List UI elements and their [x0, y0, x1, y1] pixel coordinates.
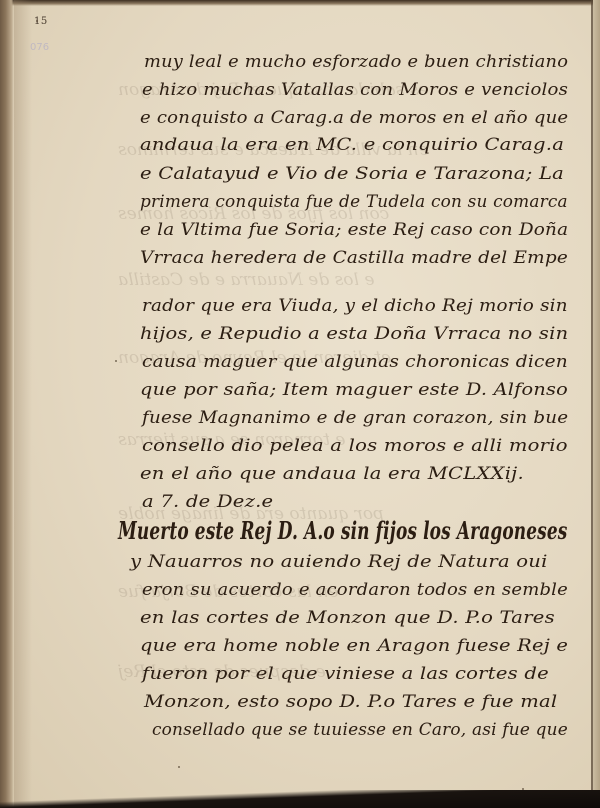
text-line-11: causa maguer que algunas choronicas dice…	[142, 352, 568, 372]
text-line-3: e conquisto a Carag.a de moros en el año…	[140, 108, 568, 128]
text-line-13: fuese Magnanimo e de gran corazon, sin b…	[142, 408, 568, 428]
text-line-8: Vrraca heredera de Castilla madre del Em…	[140, 248, 568, 268]
text-line-2: e hizo muchas Vatallas con Moros e venci…	[142, 80, 568, 100]
text-line-17: Muerto este Rej D. A.o sin fijos los Ara…	[118, 516, 567, 545]
text-line-21: que era home noble en Aragon fuese Rej e	[140, 636, 568, 656]
ink-speck	[115, 360, 117, 362]
text-line-7: e la Vltima fue Soria; este Rej caso con…	[140, 220, 568, 240]
text-line-23: Monzon, esto sopo D. P.o Tares e fue mal	[144, 692, 557, 712]
text-line-24: consellado que se tuuiesse en Caro, asi …	[152, 720, 568, 740]
text-line-16: a 7. de Dez.e	[142, 492, 273, 512]
text-line-20: en las cortes de Monzon que D. P.o Tares	[140, 608, 555, 628]
manuscript-page: 15 076 es sabida cosa que el Rej de Arag…	[0, 0, 600, 808]
ink-speck	[36, 20, 38, 22]
text-line-22: fueron por el que viniese a las cortes d…	[142, 664, 549, 684]
text-line-12: que por saña; Item maguer este D. Alfons…	[140, 380, 568, 400]
text-line-18: y Nauarros no auiendo Rej de Natura oui	[130, 552, 548, 572]
text-line-4: andaua la era en MC. e conquirio Carag.a	[140, 135, 564, 155]
text-line-5: e Calatayud e Vio de Soria e Tarazona; L…	[140, 164, 564, 184]
text-line-14: consello dio pelea a los moros e alli mo…	[142, 436, 568, 456]
faint-archive-stamp: 076	[30, 42, 49, 53]
text-line-19: eron su acuerdo e acordaron todos en sem…	[142, 580, 568, 600]
page-binding-edge	[0, 0, 14, 808]
page-top-edge	[0, 0, 600, 6]
binding-shadow	[14, 0, 32, 808]
adjacent-page-edge	[593, 0, 600, 808]
text-line-15: en el año que andaua la era MCLXXij.	[140, 464, 524, 484]
page-bottom-shadow	[0, 790, 600, 808]
text-line-10: hijos, e Repudio a esta Doña Vrraca no s…	[140, 324, 568, 344]
text-line-6: primera conquista fue de Tudela con su c…	[140, 192, 568, 212]
text-line-1: muy leal e mucho esforzado e buen christ…	[144, 52, 568, 72]
ink-speck	[178, 766, 180, 768]
text-line-9: rador que era Viuda, y el dicho Rej mori…	[142, 296, 568, 316]
